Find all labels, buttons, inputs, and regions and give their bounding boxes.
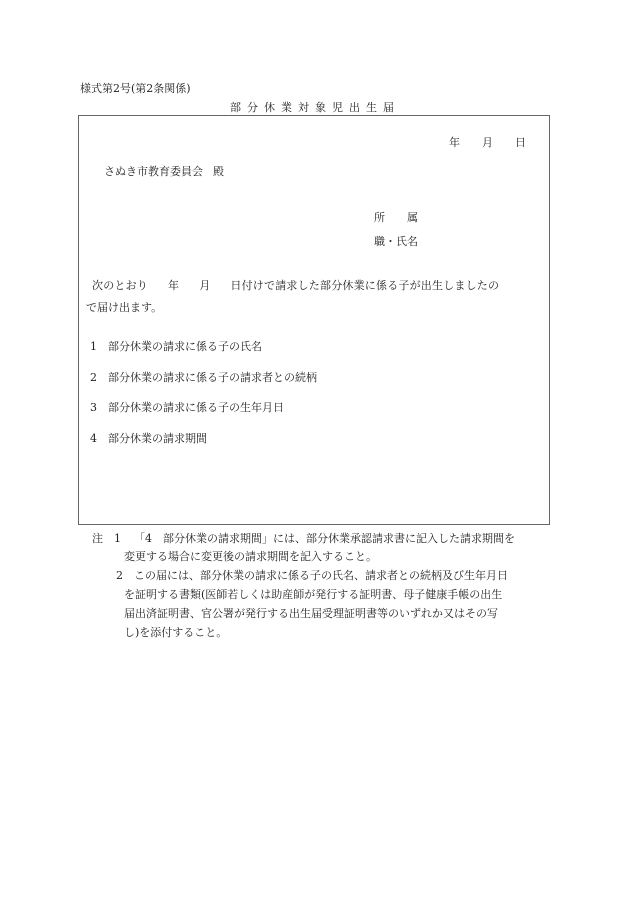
- item-label: 部分休業の請求に係る子の請求者との続柄: [108, 371, 317, 384]
- note-number: 1: [114, 532, 134, 545]
- item-label: 部分休業の請求期間: [108, 432, 207, 445]
- notes-label: 注: [92, 530, 114, 546]
- item-number: 1: [90, 340, 108, 353]
- list-item: 2部分休業の請求に係る子の請求者との続柄: [90, 369, 317, 385]
- body-text-continued: 日付けで請求した部分休業に係る子が出生しましたの: [230, 279, 499, 292]
- date-line: 年月日: [449, 134, 526, 150]
- addressee-name: さぬき市教育委員会: [104, 165, 203, 178]
- list-item: 4部分休業の請求期間: [90, 430, 207, 446]
- month-label: 月: [482, 134, 493, 150]
- note-1-line2: 変更する場合に変更後の請求期間を記入すること。: [124, 548, 377, 564]
- item-label: 部分休業の請求に係る子の生年月日: [108, 401, 284, 414]
- note-2-line1: 2この届には、部分休業の請求に係る子の氏名、請求者との続柄及び生年月日: [116, 567, 508, 583]
- item-number: 3: [90, 401, 108, 414]
- day-label: 日: [515, 134, 526, 150]
- form-number: 様式第2号(第2条関係): [80, 80, 191, 96]
- position-name-label: 職・氏名: [374, 233, 418, 249]
- body-text-line2: で届け出ます。: [86, 299, 162, 315]
- note-text: 「4 部分休業の請求期間」には、部分休業承認請求書に記入した請求期間を: [134, 532, 515, 545]
- body-text-line1: 次のとおり年月日付けで請求した部分休業に係る子が出生しましたの: [92, 277, 499, 293]
- body-year-label: 年: [168, 279, 179, 292]
- body-month-label: 月: [199, 279, 210, 292]
- list-item: 1部分休業の請求に係る子の氏名: [90, 338, 262, 354]
- document-title: 部分休業対象児出生届: [0, 99, 630, 115]
- note-2-line2: を証明する書類(医師若しくは助産師が発行する証明書、母子健康手帳の出生: [124, 586, 502, 602]
- note-number: 2: [116, 569, 134, 582]
- body-intro: 次のとおり: [92, 279, 148, 292]
- affiliation-label-part2: 属: [407, 211, 418, 224]
- year-label: 年: [449, 134, 460, 150]
- note-text: この届には、部分休業の請求に係る子の氏名、請求者との続柄及び生年月日: [134, 569, 508, 582]
- affiliation-label-part1: 所: [374, 211, 385, 224]
- item-number: 4: [90, 432, 108, 445]
- item-number: 2: [90, 371, 108, 384]
- affiliation-label: 所属: [374, 209, 418, 225]
- addressee-honorific: 殿: [213, 165, 224, 178]
- addressee: さぬき市教育委員会殿: [104, 163, 224, 179]
- item-label: 部分休業の請求に係る子の氏名: [108, 340, 262, 353]
- note-2-line3: 届出済証明書、官公署が発行する出生届受理証明書等のいずれか又はその写: [124, 605, 498, 621]
- note-2-line4: し)を添付すること。: [124, 624, 227, 640]
- note-1-line1: 注1「4 部分休業の請求期間」には、部分休業承認請求書に記入した請求期間を: [92, 530, 515, 546]
- list-item: 3部分休業の請求に係る子の生年月日: [90, 399, 284, 415]
